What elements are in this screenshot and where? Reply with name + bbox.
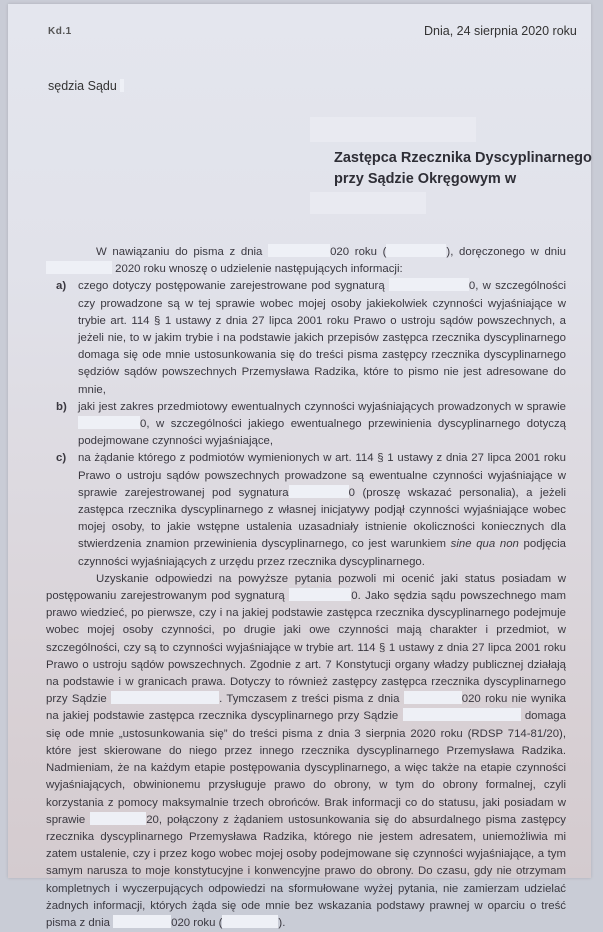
- letter-body: W nawiązaniu do pisma z dnia 020 roku ()…: [46, 244, 566, 884]
- redaction: [403, 708, 521, 721]
- redaction: [310, 117, 476, 142]
- redaction: [389, 278, 469, 291]
- redaction: [120, 79, 124, 92]
- intro-paragraph: W nawiązaniu do pisma z dnia 020 roku ()…: [46, 244, 566, 278]
- redaction: [310, 192, 426, 214]
- letter-date: Dnia, 24 sierpnia 2020 roku: [424, 24, 577, 38]
- document-page: Kd.1 Dnia, 24 sierpnia 2020 roku sędzia …: [8, 4, 591, 878]
- redaction: [289, 588, 351, 601]
- addressee-line-1: Zastępca Rzecznika Dyscyplinarnego: [334, 148, 592, 169]
- main-paragraph: Uzyskanie odpowiedzi na powyższe pytania…: [46, 571, 566, 884]
- list-item: a) czego dotyczy postępowanie zarejestro…: [52, 278, 566, 398]
- redaction: [404, 691, 462, 704]
- redaction: [111, 691, 219, 704]
- questions-list: a) czego dotyczy postępowanie zarejestro…: [46, 278, 566, 570]
- redaction: [386, 244, 446, 257]
- addressee-line-2: przy Sądzie Okręgowym w: [334, 169, 592, 190]
- sender-title: sędzia Sądu: [48, 79, 117, 93]
- reference-number: Kd.1: [48, 26, 72, 37]
- list-item: c) na żądanie którego z podmiotów wymien…: [52, 450, 566, 570]
- redaction: [78, 416, 140, 429]
- redaction: [268, 244, 330, 257]
- redaction: [90, 812, 146, 825]
- list-item: b) jaki jest zakres przedmiotowy ewentua…: [52, 399, 566, 451]
- addressee-block: Zastępca Rzecznika Dyscyplinarnego przy …: [334, 148, 592, 190]
- redaction: [289, 485, 349, 498]
- sender-line: sędzia Sądu: [48, 79, 124, 93]
- redaction: [46, 261, 112, 274]
